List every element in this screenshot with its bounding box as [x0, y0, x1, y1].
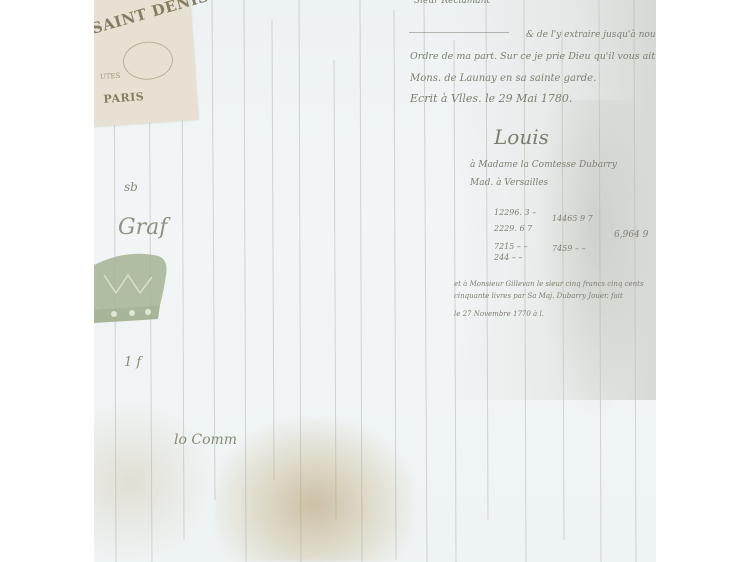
doc-divider	[409, 32, 509, 33]
account-col1-1: 12296. 3 –	[494, 208, 536, 217]
saint-denis-label: SAINT DENIS UTES PARIS	[94, 0, 198, 127]
doc-footer-1: et à Monsieur Gillevan le sieur cinq fra…	[454, 280, 644, 288]
doc-address-1: à Madame la Comtesse Dubarry	[470, 160, 617, 170]
doc-footer-2: cinquante livres par Sa Maj. Dubarry Jou…	[454, 292, 623, 300]
script-graf: Graf	[118, 215, 167, 240]
doc-footer-3: le 27 Novembre 1770 à l.	[454, 310, 544, 318]
doc-line-4: Ecrit à Vlles. le 29 Mai 1780.	[410, 92, 572, 105]
account-total: 6,964 9	[614, 230, 648, 240]
script-line-3: 1 f	[124, 355, 141, 370]
scrapbook-paper: SAINT DENIS UTES PARIS Graf lo Comm 1 f …	[94, 0, 656, 562]
account-col1-2: 2229. 6 7	[494, 224, 532, 233]
account-col1-4: 244 – –	[494, 253, 522, 262]
chandelier-silhouette	[534, 100, 656, 420]
script-comm: lo Comm	[174, 432, 237, 448]
doc-line-3: Mons. de Launay en sa sainte garde.	[410, 73, 596, 84]
doc-header: Sieur Reclamant	[414, 0, 490, 6]
account-col1-3: 7215 – –	[494, 242, 527, 251]
label-city: PARIS	[103, 90, 145, 106]
label-small-text: UTES	[100, 72, 121, 81]
account-col2-1: 14465 9 7	[552, 214, 593, 223]
crown-icon	[94, 245, 194, 345]
brown-stain	[214, 420, 414, 562]
doc-address-2: Mad. à Versailles	[470, 178, 548, 188]
label-seal-icon	[122, 40, 175, 81]
doc-signature: Louis	[494, 125, 549, 149]
doc-line-1: & de l'y extraire jusqu'à nouvel	[526, 30, 656, 40]
account-col2-2: 7459 – –	[552, 244, 585, 253]
script-line-4: sb	[124, 180, 138, 194]
doc-line-2: Ordre de ma part. Sur ce je prie Dieu qu…	[410, 51, 655, 62]
left-stain	[94, 400, 214, 562]
